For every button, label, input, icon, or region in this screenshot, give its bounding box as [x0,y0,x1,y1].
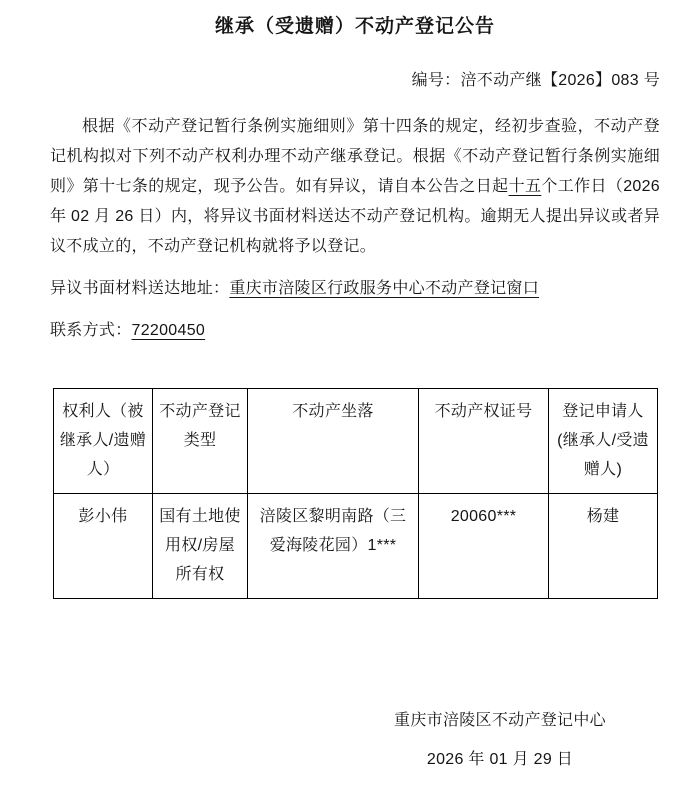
registration-table: 权利人（被继承人/遗赠人） 不动产登记类型 不动产坐落 不动产权证号 登记申请人… [53,388,658,599]
deadline-underline: 十五 [509,178,542,195]
notice-page: 继承（受遗赠）不动产登记公告 编号：涪不动产继【2026】083 号 根据《不动… [0,0,698,792]
signature-block: 重庆市涪陵区不动产登记中心 2026 年 01 月 29 日 [340,711,660,770]
cell-registration-type: 国有土地使用权/房屋所有权 [153,494,248,599]
table-header-row: 权利人（被继承人/遗赠人） 不动产登记类型 不动产坐落 不动产权证号 登记申请人… [54,389,658,494]
header-registration-type: 不动产登记类型 [153,389,248,494]
doc-number: 编号：涪不动产继【2026】083 号 [50,71,660,91]
address-label: 异议书面材料送达地址： [50,280,229,297]
header-applicant: 登记申请人(继承人/受遗赠人) [549,389,658,494]
issue-date: 2026 年 01 月 29 日 [340,750,660,770]
cell-applicant: 杨建 [549,494,658,599]
notice-paragraph: 根据《不动产登记暂行条例实施细则》第十四条的规定，经初步查验，不动产登记机构拟对… [50,112,660,262]
contact-value: 72200450 [132,322,206,339]
header-certificate-number: 不动产权证号 [419,389,549,494]
address-value: 重庆市涪陵区行政服务中心不动产登记窗口 [229,280,539,297]
cell-certificate-number: 20060*** [419,494,549,599]
page-title: 继承（受遗赠）不动产登记公告 [50,16,660,38]
cell-right-holder: 彭小伟 [54,494,153,599]
header-location: 不动产坐落 [248,389,419,494]
address-line: 异议书面材料送达地址：重庆市涪陵区行政服务中心不动产登记窗口 [50,274,660,304]
cell-location: 涪陵区黎明南路（三爱海陵花园）1*** [248,494,419,599]
header-right-holder: 权利人（被继承人/遗赠人） [54,389,153,494]
contact-line: 联系方式：72200450 [50,316,660,346]
table-row: 彭小伟 国有土地使用权/房屋所有权 涪陵区黎明南路（三爱海陵花园）1*** 20… [54,494,658,599]
issuing-org: 重庆市涪陵区不动产登记中心 [340,711,660,731]
contact-label: 联系方式： [50,322,132,339]
